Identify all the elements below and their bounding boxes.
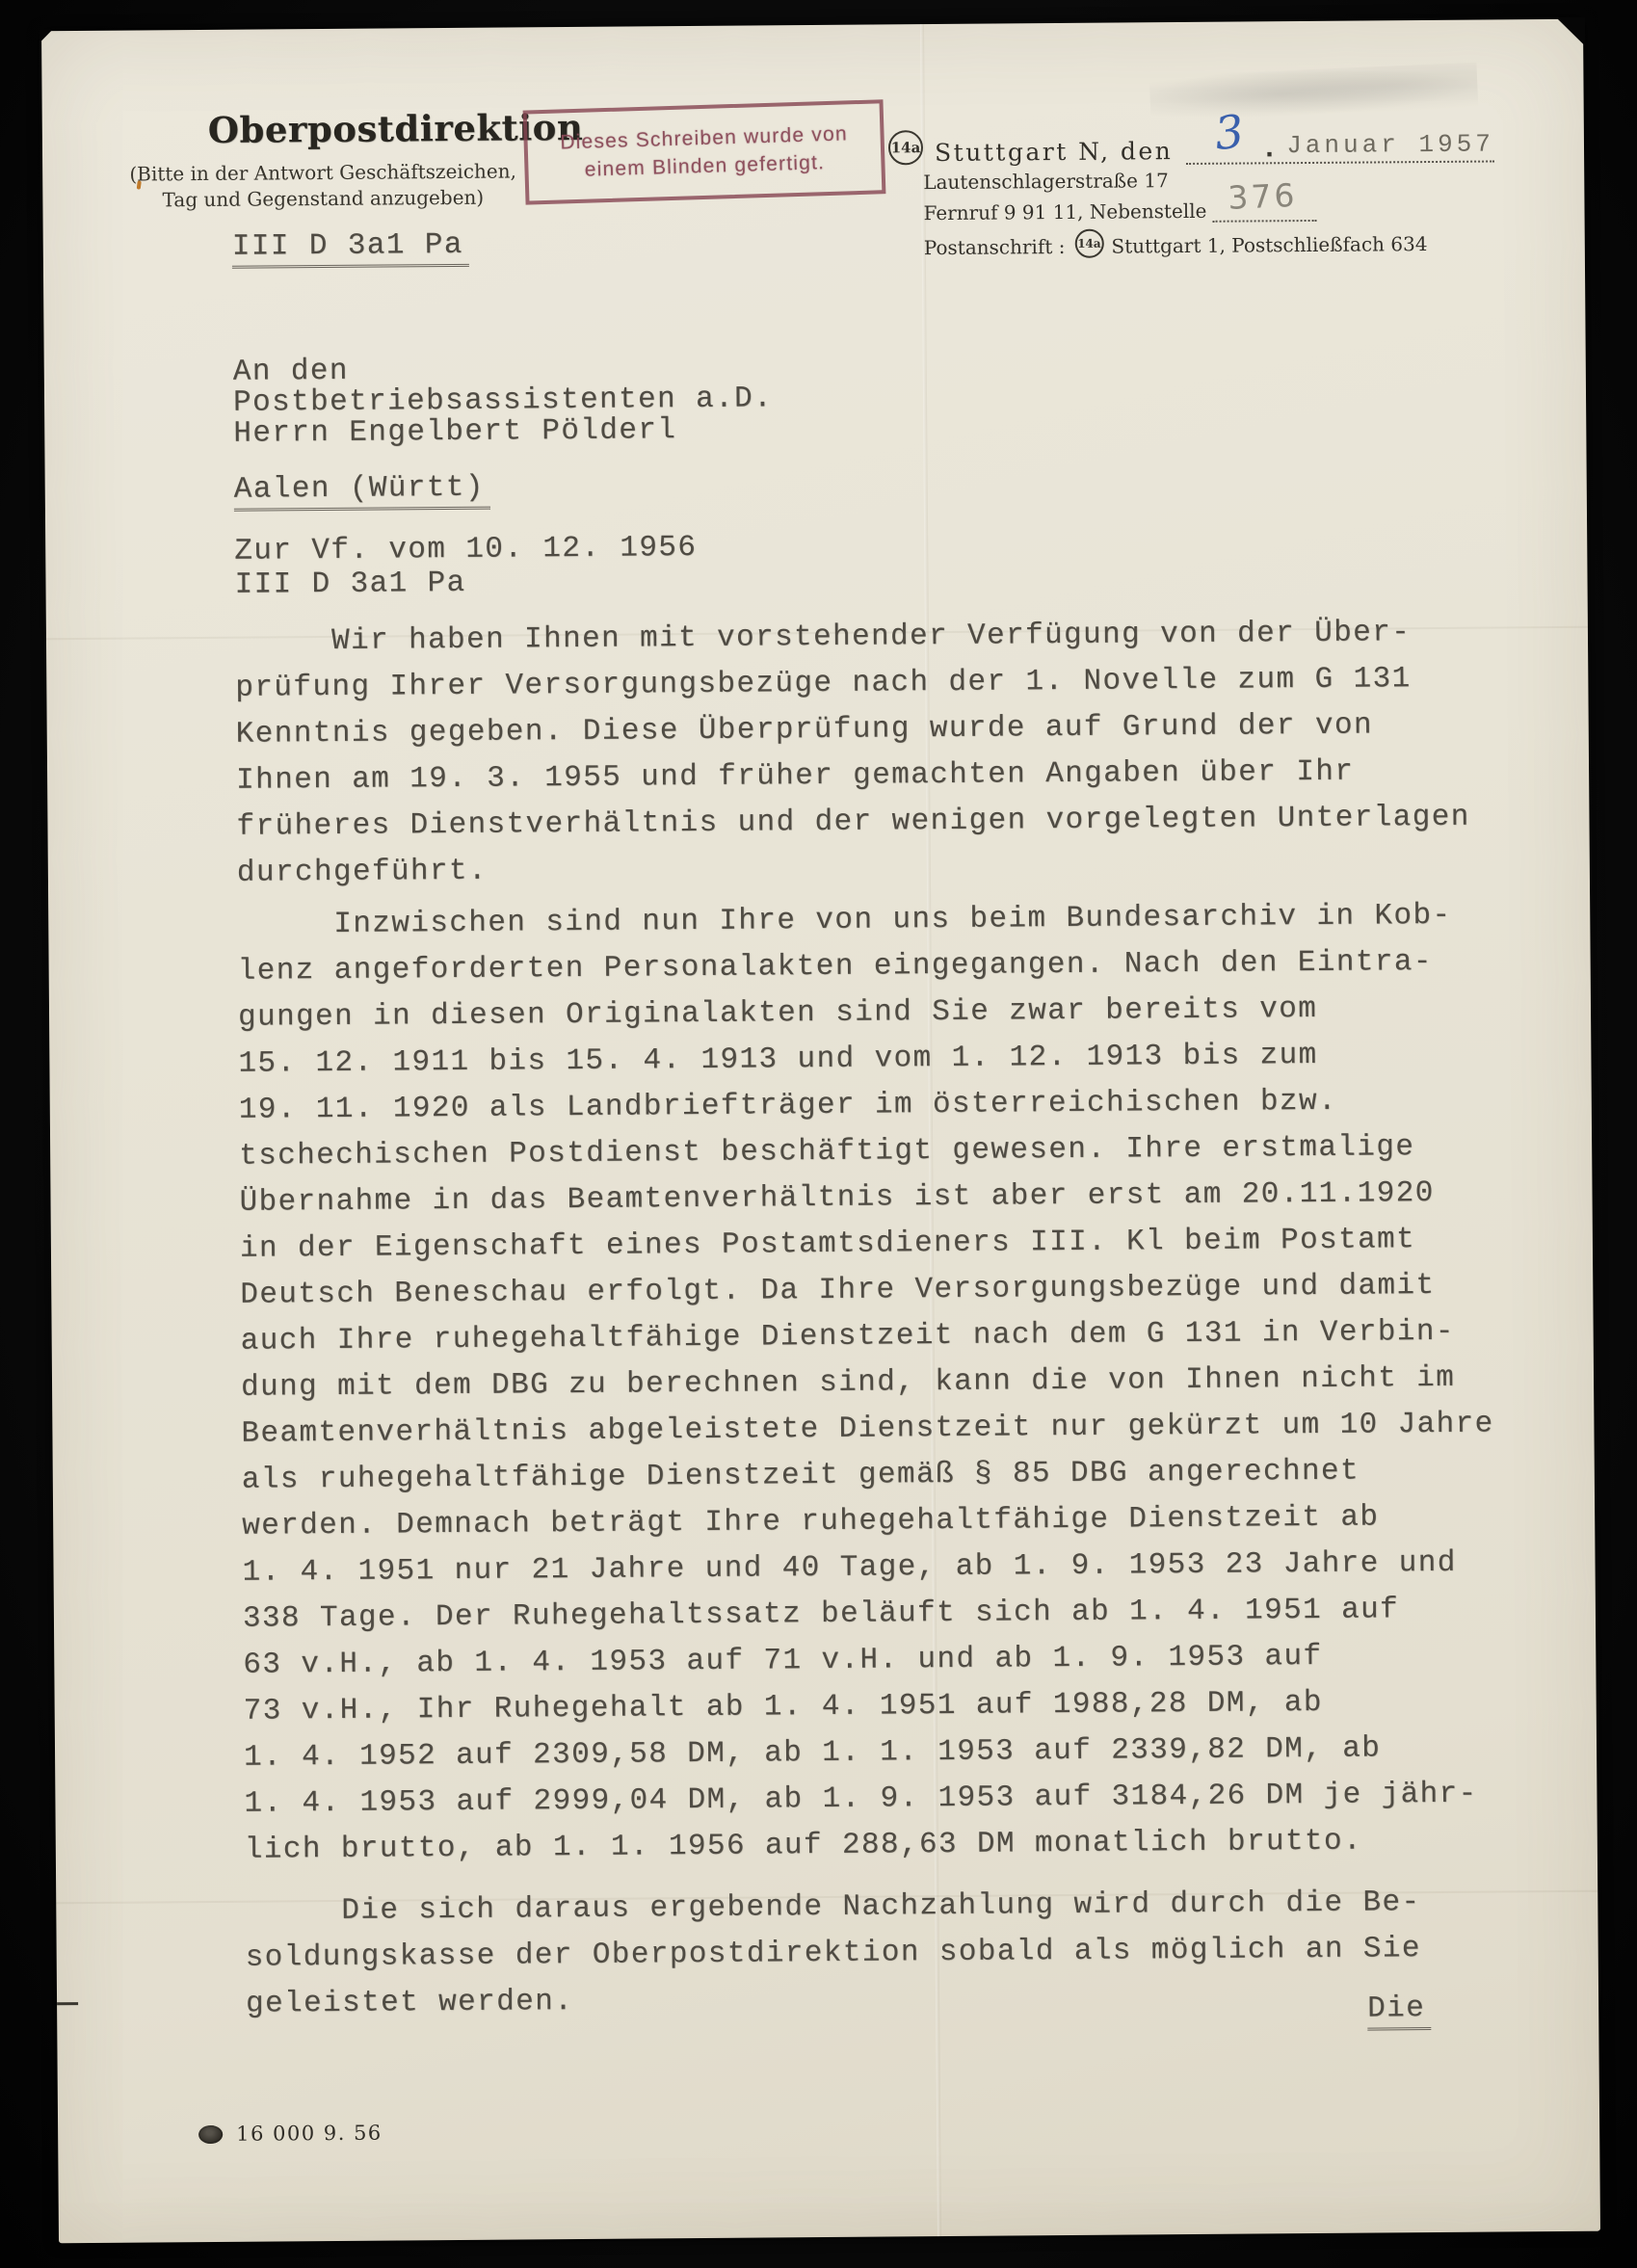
extension-value: 376 [1228,176,1299,217]
typed-month-year: Januar 1957 [1286,129,1494,160]
recipient-city-text: Aalen (Württ) [234,471,490,512]
print-code: 16 000 9. 56 [236,2122,383,2146]
extension-dotted-line: 376 [1212,198,1316,223]
blind-typist-stamp: Dieses Schreiben wurde von einem Blinden… [523,99,886,204]
paragraph-3: Die sich daraus ergebende Nachzahlung wi… [245,1879,1533,2027]
scanner-background: Oberpostdirektion (Bitte in der Antwort … [0,0,1637,2268]
letter-body: Wir haben Ihnen mit vorstehender Verfügu… [235,609,1533,2027]
postal-address-line: Postanschrift : 14a Stuttgart 1, Postsch… [924,226,1428,259]
postal-zone-icon: 14a [888,130,923,165]
file-reference: III D 3a1 Pa [232,228,469,264]
stamp-line2: einem Blinden gefertigt. [584,148,825,184]
street-line: Lautenschlagerstraße 17 [923,169,1169,194]
sender-note-line1: (Bitte in der Antwort Geschäftszeichen, [125,158,520,187]
date-dotted-line: 3 . Januar 1957 [1186,119,1494,165]
sender-note-line2: Tag und Gegenstand anzugeben) [125,184,520,213]
post-value: Stuttgart 1, Postschließfach 634 [1111,232,1427,258]
corner-fold-top-left [40,29,53,42]
phone-label: Fernruf 9 91 11, Nebenstelle [923,199,1206,224]
place-date-line: 14a Stuttgart N, den 3 . Januar 1957 [888,119,1495,167]
posthorn-emblem-icon [198,2124,223,2143]
catchword-text: Die [1367,1991,1431,2031]
paragraph-2: Inzwischen sind nun Ihre von uns beim Bu… [237,892,1532,1873]
sender-note: (Bitte in der Antwort Geschäftszeichen, … [125,158,520,213]
margin-mark [57,2002,78,2005]
pencil-smudge [1149,63,1479,122]
catchword: Die [1367,1991,1431,2026]
recipient-address: An den Postbetriebsassistenten a.D. Herr… [233,353,774,449]
date-separator: . [1265,131,1274,164]
recipient-city: Aalen (Württ) [234,471,490,507]
print-footer: 16 000 9. 56 [198,2122,383,2146]
phone-line: Fernruf 9 91 11, Nebenstelle 376 [923,198,1316,224]
paragraph-1: Wir haben Ihnen mit vorstehender Verfügu… [235,609,1524,896]
corner-fold-top-right [1556,17,1585,46]
city-line: Stuttgart N, den [935,137,1174,167]
file-reference-code: III D 3a1 Pa [232,228,469,269]
postal-zone-icon: 14a [1074,229,1103,258]
handwritten-day: 3 [1212,105,1247,161]
post-label: Postanschrift : [924,235,1066,259]
subject-line: Zur Vf. vom 10. 12. 1956 III D 3a1 Pa [234,531,698,602]
letter-page: Oberpostdirektion (Bitte in der Antwort … [41,19,1600,2243]
